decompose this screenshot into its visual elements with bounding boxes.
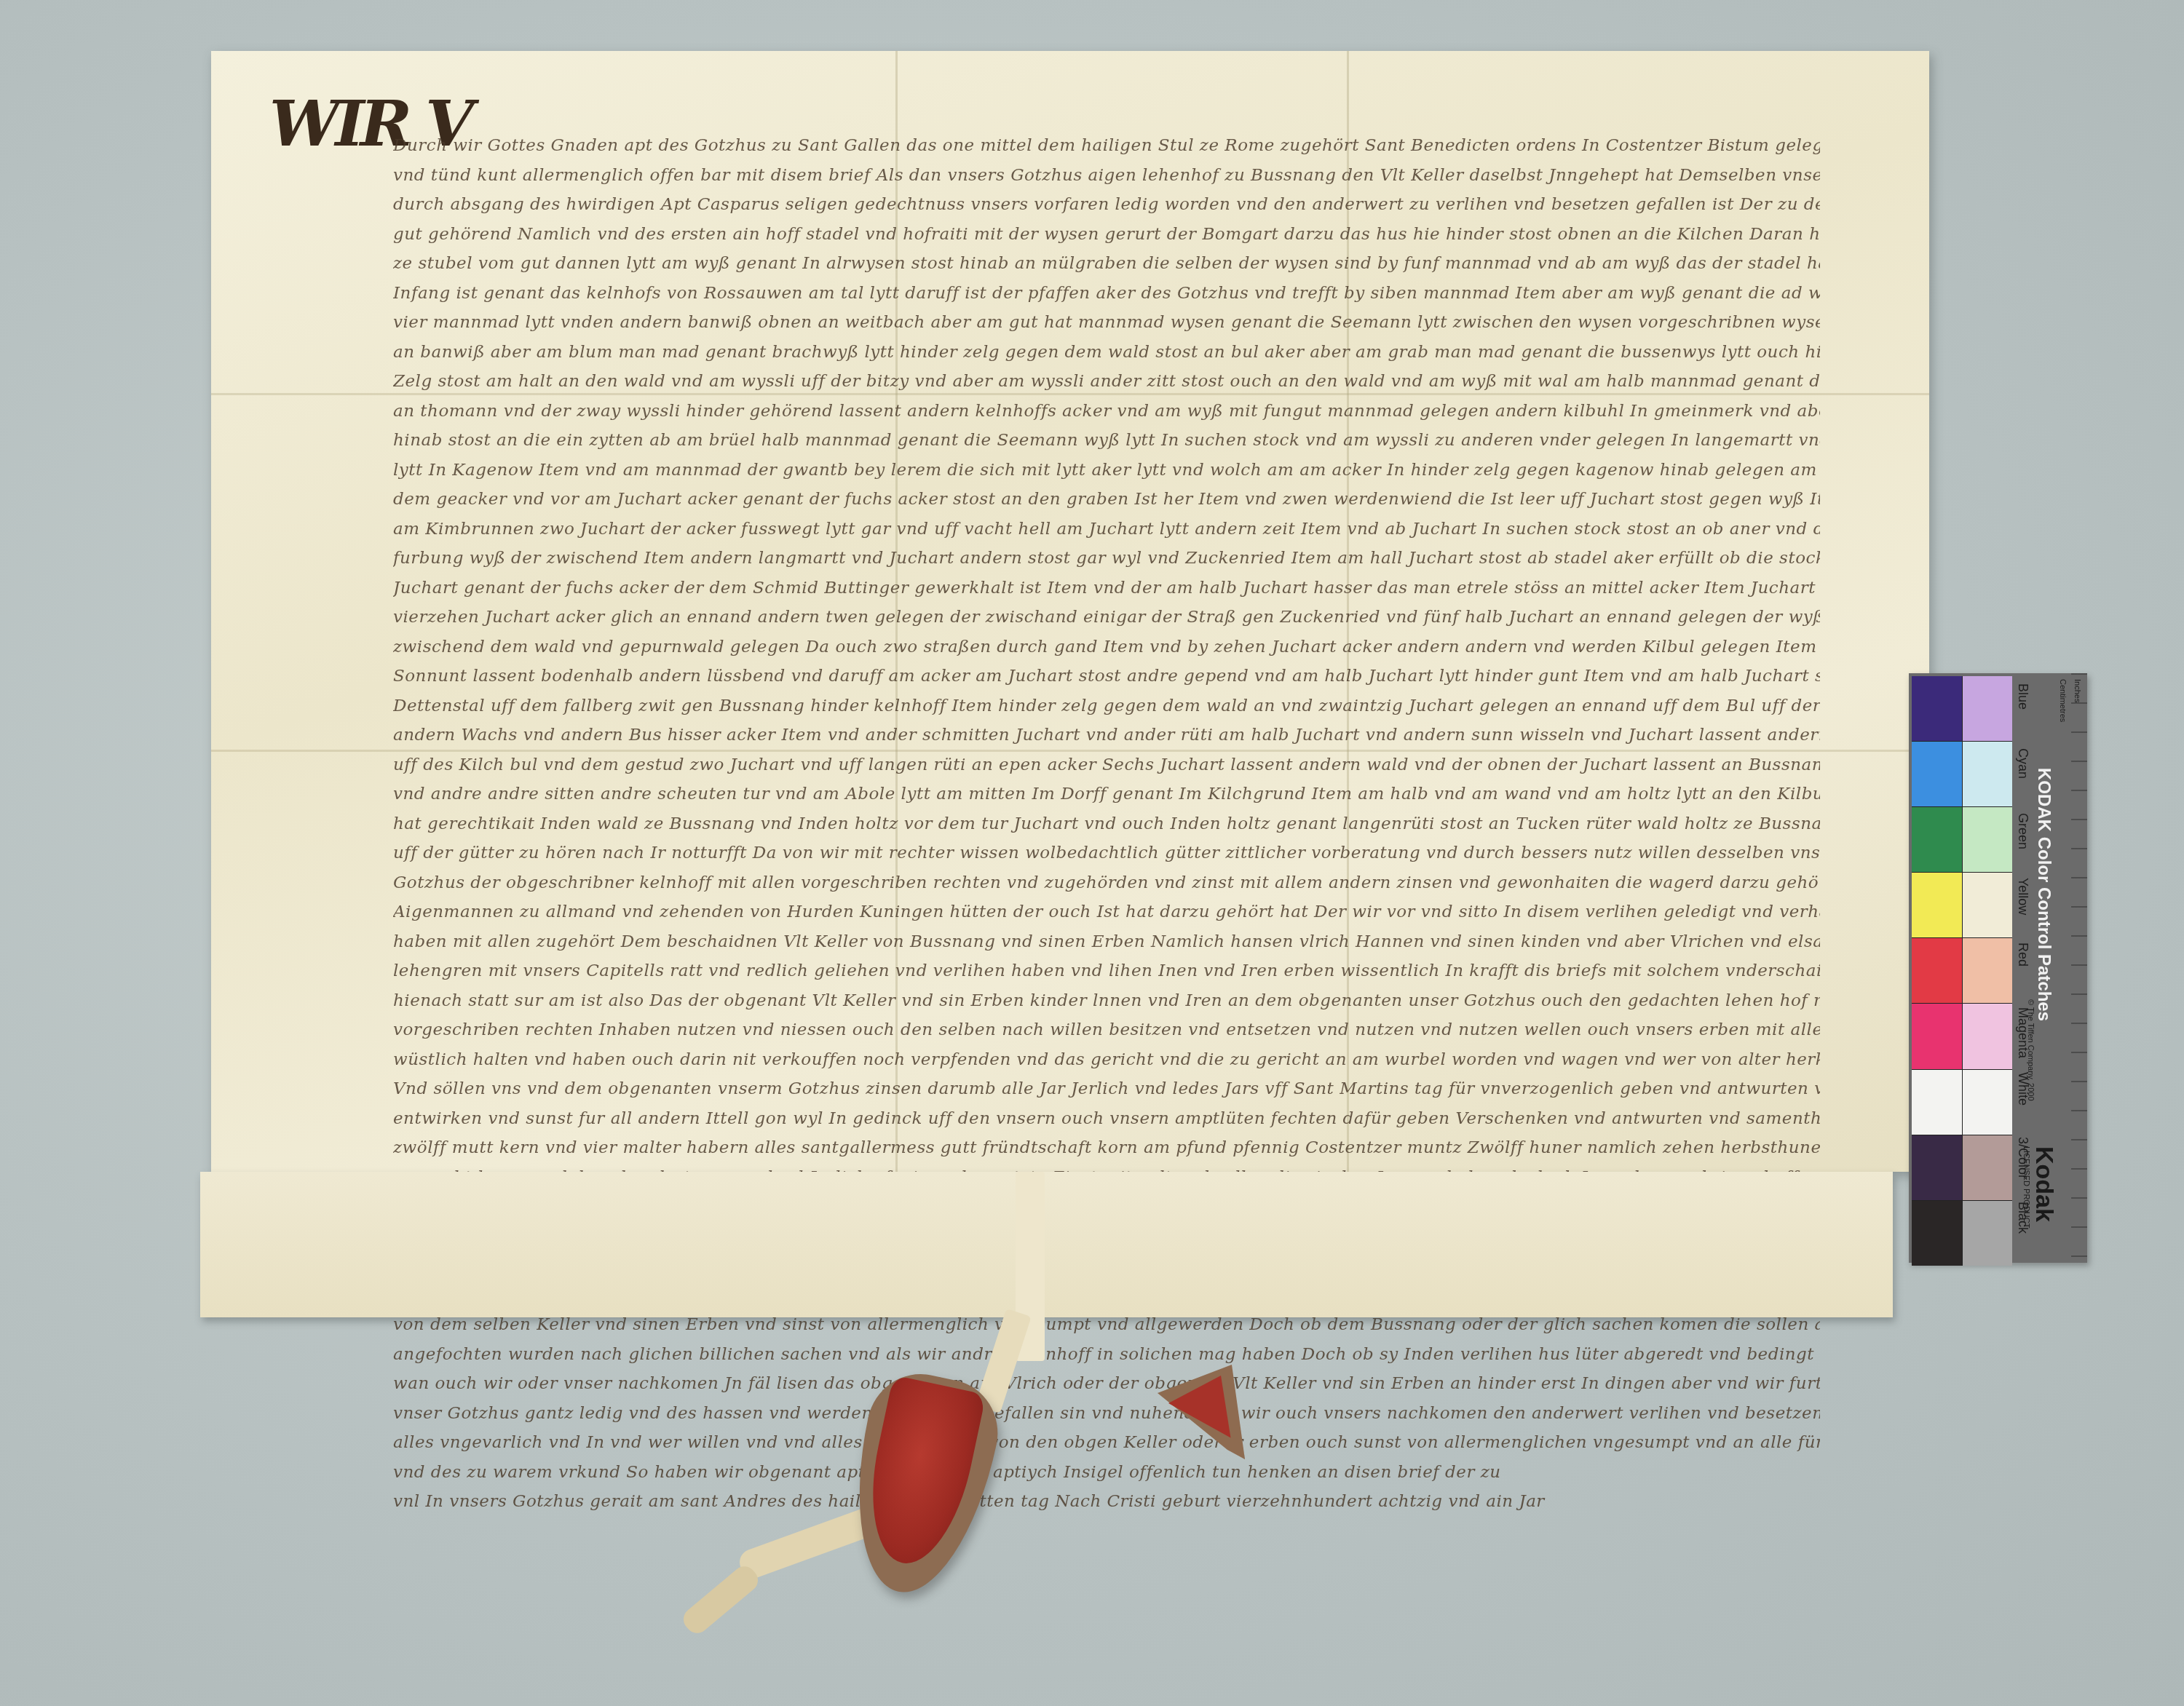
patch-light: [1963, 742, 2013, 806]
patch-label: Yellow: [2015, 878, 2030, 915]
text-line: vierzehen Juchart acker glich an ennand …: [393, 603, 1820, 632]
patch-dark: [1912, 1070, 1963, 1135]
patch-light: [1963, 1070, 2013, 1135]
text-line: uff des Kilch bul vnd dem gestud zwo Juc…: [393, 750, 1820, 780]
patch-row-magenta: [1912, 1004, 2012, 1069]
text-line: dem geacker vnd vor am Juchart acker gen…: [393, 485, 1820, 515]
text-line: hienach statt sur am ist also Das der ob…: [393, 986, 1820, 1016]
text-line: zwischend dem wald vnd gepurnwald gelege…: [393, 632, 1820, 662]
patch-row-cyan: [1912, 742, 2012, 807]
text-line: angefochten wurden nach glichen billiche…: [393, 1340, 1820, 1370]
patch-label: Blue: [2015, 683, 2030, 710]
patch-light: [1963, 1201, 2013, 1266]
text-line: Infang ist genant das kelnhofs von Rossa…: [393, 279, 1820, 309]
patch-light: [1963, 807, 2013, 872]
text-line: vier mannmad lytt vnden andern banwiß ob…: [393, 308, 1820, 338]
text-line: lytt In Kagenow Item vnd am mannmad der …: [393, 456, 1820, 485]
patch-row-white: [1912, 1070, 2012, 1135]
seal-tag-end: [678, 1562, 762, 1638]
patch-dark: [1912, 1004, 1963, 1068]
patch-dark: [1912, 1135, 1963, 1200]
patch-light: [1963, 1135, 2013, 1200]
centimetres-label: Centimetres: [2058, 679, 2067, 722]
text-line: vnd andre andre sitten andre scheuten tu…: [393, 779, 1820, 809]
patch-light: [1963, 676, 2013, 741]
inches-label: Inches: [2073, 679, 2081, 702]
text-line: wüstlich halten vnd haben ouch darin nit…: [393, 1045, 1820, 1075]
text-line: an banwiß aber am blum man mad genant br…: [393, 338, 1820, 368]
color-control-strip: Inches Centimetres KODAK Color Control P…: [1909, 673, 2087, 1263]
text-line: alles vngevarlich vnd In vnd wer willen …: [393, 1428, 1820, 1458]
text-line: entwirken vnd sunst fur all andern Ittel…: [393, 1104, 1820, 1134]
text-line: furbung wyß der zwischend Item andern la…: [393, 544, 1820, 574]
patch-row-green: [1912, 807, 2012, 873]
patch-label: Black: [2015, 1202, 2030, 1234]
text-line: am Kimbrunnen zwo Juchart der acker fuss…: [393, 515, 1820, 544]
patch-row-blue: [1912, 676, 2012, 742]
patch-label: Cyan: [2015, 748, 2030, 779]
text-line: haben mit allen zugehört Dem beschaidnen…: [393, 927, 1820, 957]
patch-dark: [1912, 1201, 1963, 1266]
text-line: ze stubel vom gut dannen lytt am wyß gen…: [393, 249, 1820, 279]
text-line: hat gerechtikait Inden wald ze Bussnang …: [393, 809, 1820, 839]
text-line: Sonnunt lassent bodenhalb andern lüssben…: [393, 662, 1820, 691]
text-line: uff der gütter zu hören nach Ir notturff…: [393, 838, 1820, 868]
kodak-logo: Kodak: [2030, 1146, 2058, 1222]
patch-label: Red: [2015, 943, 2030, 967]
strip-title: KODAK Color Control Patches: [2033, 768, 2054, 1021]
patch-label: 3/Color: [2015, 1137, 2030, 1179]
color-patches: [1912, 676, 2012, 1260]
text-line: andern Wachs vnd andern Bus hisser acker…: [393, 721, 1820, 750]
patch-dark: [1912, 873, 1963, 937]
patch-row-yellow: [1912, 873, 2012, 938]
text-line: Aigenmannen zu allmand vnd zehenden von …: [393, 897, 1820, 927]
text-line: vnd des zu warem vrkund So haben wir obg…: [393, 1458, 1820, 1488]
text-line: gut gehörend Namlich vnd des ersten ain …: [393, 220, 1820, 250]
patch-label: White: [2015, 1072, 2030, 1106]
patch-label: Magenta: [2015, 1007, 2030, 1058]
text-line: Juchart genant der fuchs acker der dem S…: [393, 574, 1820, 603]
patch-light: [1963, 938, 2013, 1003]
text-line: durch absgang des hwirdigen Apt Casparus…: [393, 190, 1820, 220]
text-line: zwölff mutt kern vnd vier malter habern …: [393, 1133, 1820, 1163]
text-line: Dettenstal uff dem fallberg zwit gen Bus…: [393, 691, 1820, 721]
text-line: Zelg stost am halt an den wald vnd am wy…: [393, 367, 1820, 397]
patch-label: Green: [2015, 813, 2030, 849]
scale-bar: Inches Centimetres KODAK Color Control P…: [2014, 673, 2087, 1263]
patch-dark: [1912, 807, 1963, 872]
patch-row-black: [1912, 1201, 2012, 1266]
patch-dark: [1912, 742, 1963, 806]
patch-dark: [1912, 676, 1963, 741]
text-line: vnl In vnsers Gotzhus gerait am sant And…: [393, 1487, 1820, 1517]
ruler: [2071, 673, 2087, 1263]
plica-fold: [200, 1172, 1893, 1317]
text-line: an thomann vnd der zway wyssli hinder ge…: [393, 397, 1820, 426]
patch-row-3-color: [1912, 1135, 2012, 1201]
patch-light: [1963, 873, 2013, 937]
text-line: hinab stost an die ein zytten ab am brüe…: [393, 426, 1820, 456]
text-line: vnser Gotzhus gantz ledig vnd des hassen…: [393, 1399, 1820, 1429]
text-line: Vnd söllen vns vnd dem obgenanten vnserm…: [393, 1074, 1820, 1104]
text-line: wan ouch wir oder vnser nachkomen Jn fäl…: [393, 1369, 1820, 1399]
text-line: vorgeschriben rechten Inhaben nutzen vnd…: [393, 1015, 1820, 1045]
patch-dark: [1912, 938, 1963, 1003]
text-line: Gotzhus der obgeschribner kelnhoff mit a…: [393, 868, 1820, 898]
text-line: Durch wir Gottes Gnaden apt des Gotzhus …: [393, 131, 1820, 161]
text-line: lehengren mit vnsers Capitells ratt vnd …: [393, 956, 1820, 986]
patch-row-red: [1912, 938, 2012, 1004]
patch-light: [1963, 1004, 2013, 1068]
text-line: vnd tünd kunt allermenglich offen bar mi…: [393, 161, 1820, 191]
